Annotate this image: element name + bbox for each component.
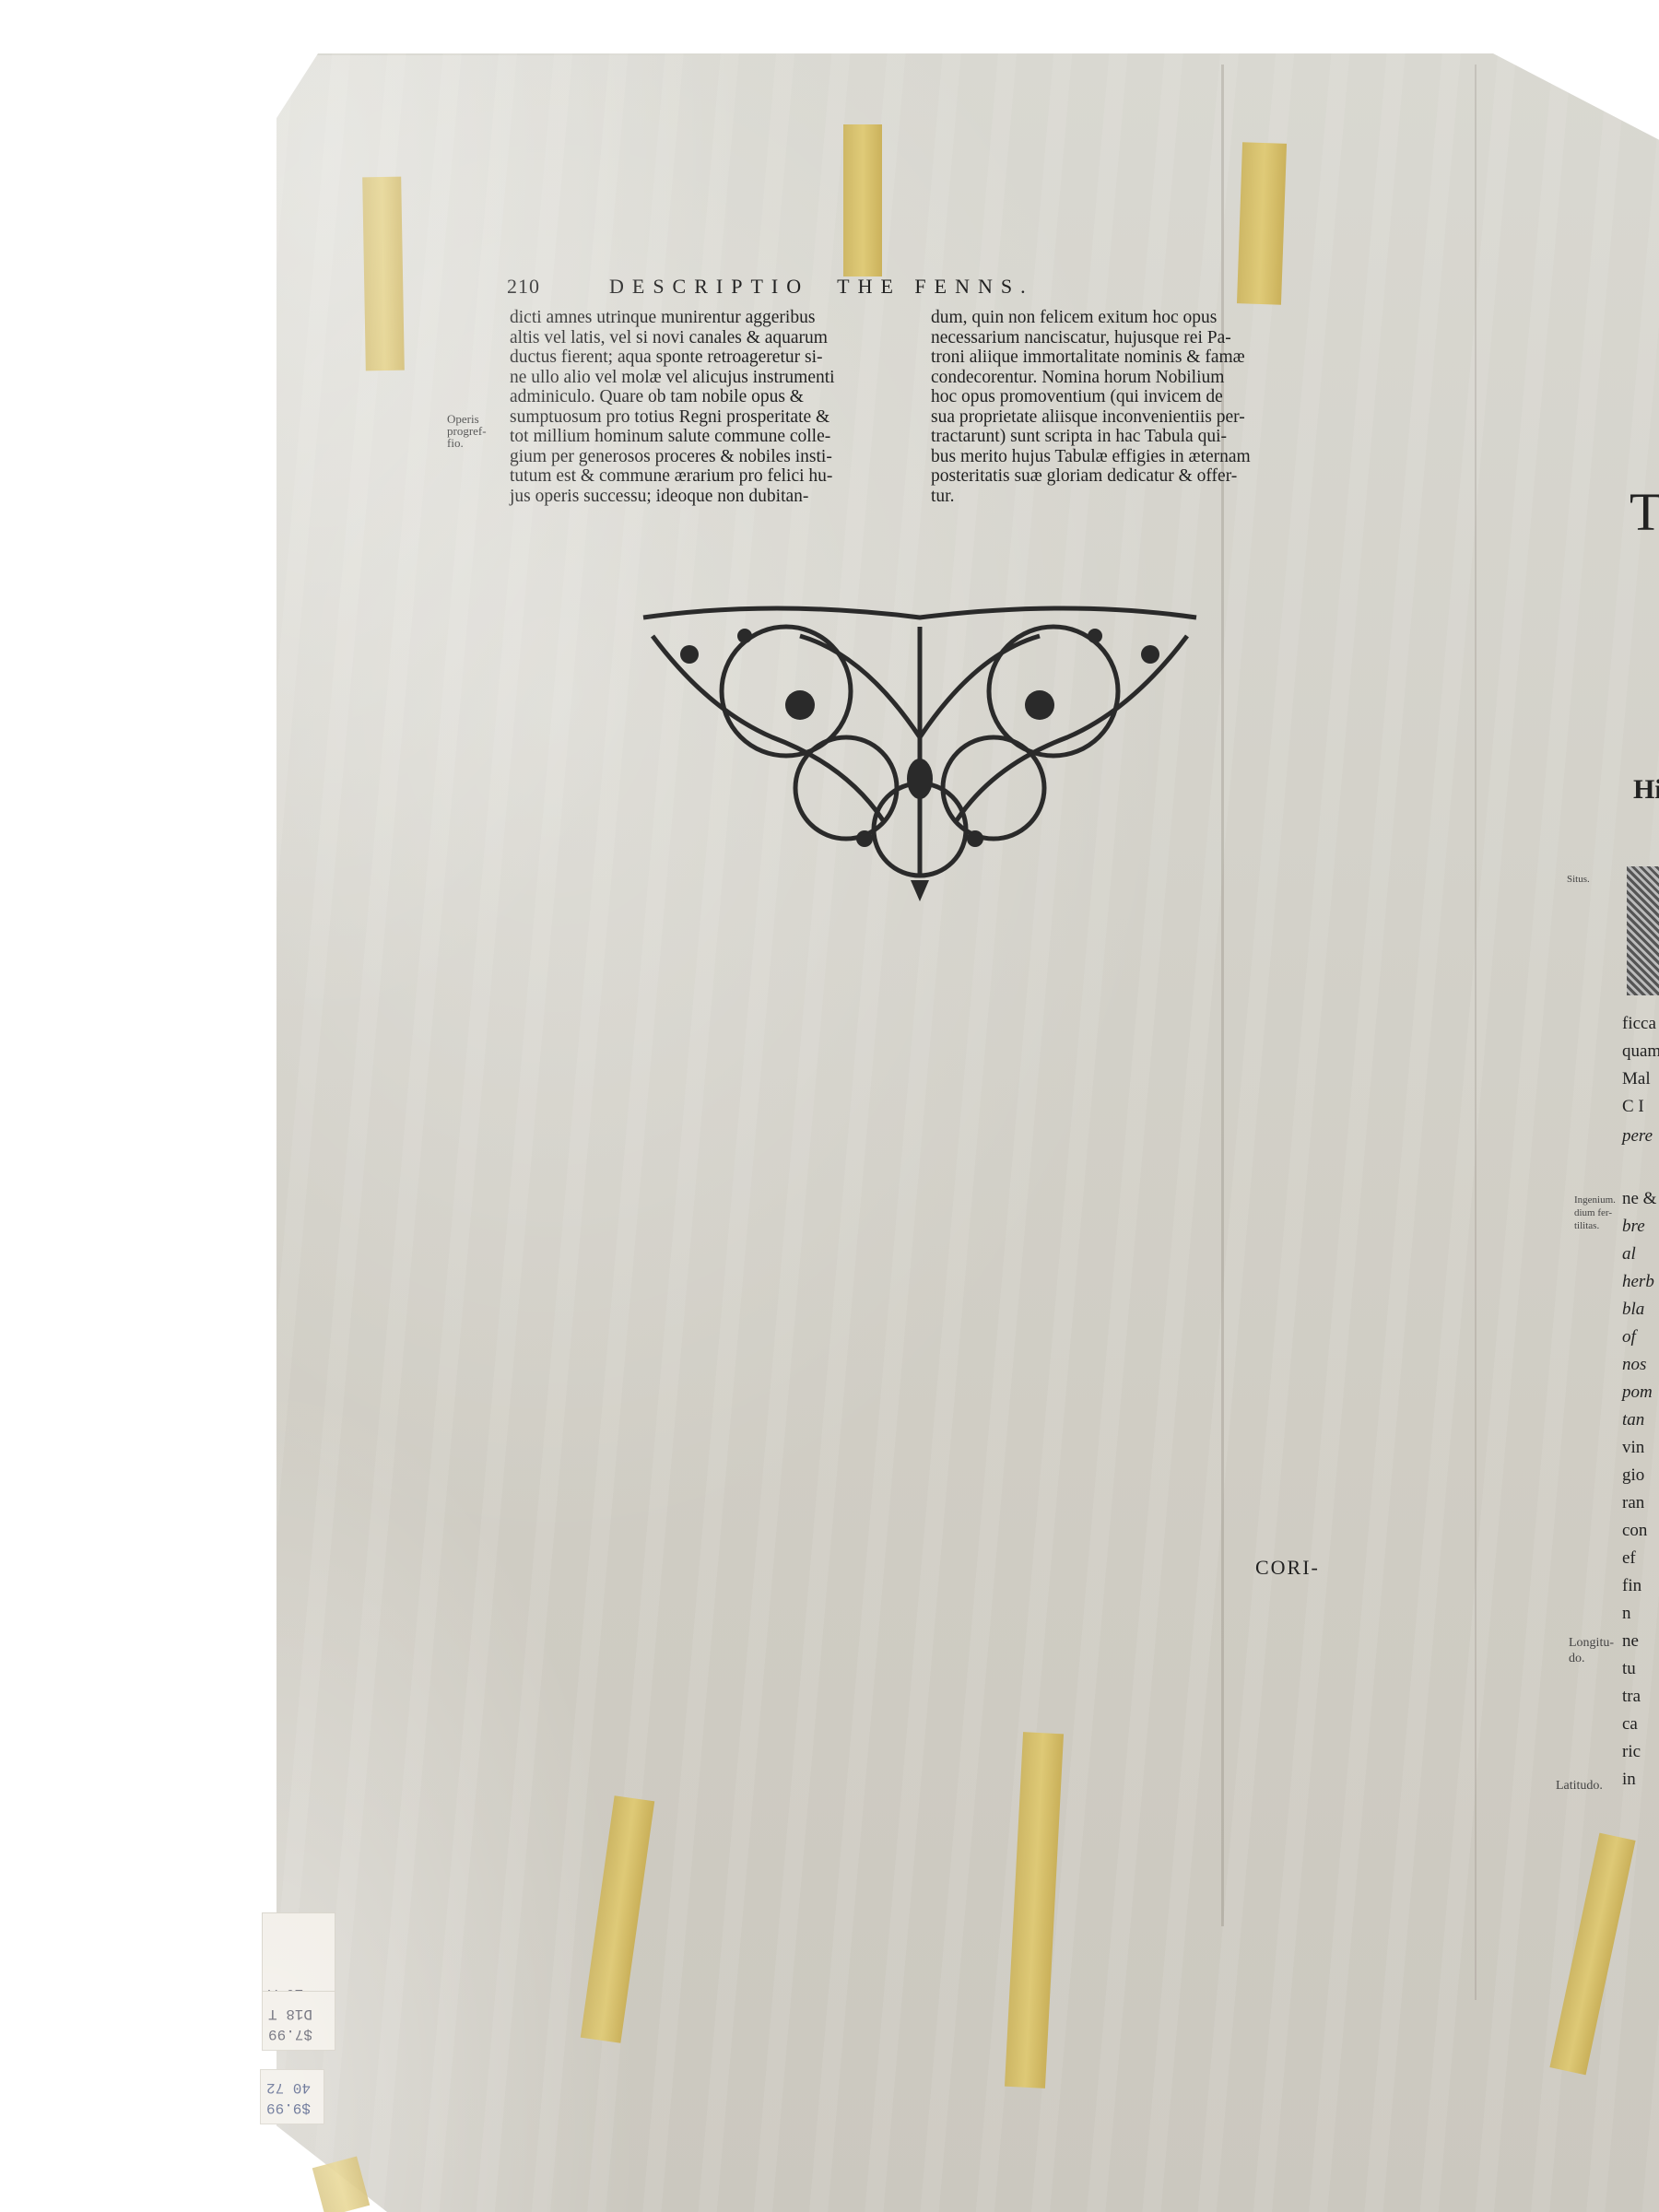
right-text-fragment: of xyxy=(1622,1327,1636,1347)
right-page-title-fragment: T xyxy=(1630,481,1659,543)
text-line: tot millium hominum salute commune colle… xyxy=(510,427,915,447)
right-text-fragment: pere xyxy=(1622,1126,1653,1147)
sticker-line: $9.99 xyxy=(266,2098,318,2118)
text-line: jus operis successu; ideoque non dubitan… xyxy=(510,487,915,507)
page-edge xyxy=(1475,65,1477,2000)
right-text-fragment: ran xyxy=(1622,1493,1644,1513)
right-text-fragment: al xyxy=(1622,1244,1636,1265)
text-line: tur. xyxy=(931,487,1350,507)
text-line: gium per generosos proceres & nobiles in… xyxy=(510,447,915,467)
right-sidenote: Latitudo. xyxy=(1556,1779,1603,1794)
text-line: condecorentur. Nomina horum Nobilium xyxy=(931,368,1350,388)
text-line: tutum est & commune ærarium pro felici h… xyxy=(510,466,915,487)
right-text-fragment: in xyxy=(1622,1770,1636,1790)
tape-strip xyxy=(843,124,882,276)
catchword: CORI- xyxy=(1255,1556,1320,1580)
text-line: troni aliique immortalitate nominis & fa… xyxy=(931,347,1350,368)
right-page-subtitle-fragment: Hi xyxy=(1633,774,1659,806)
right-text-fragment: ne xyxy=(1622,1631,1639,1652)
text-line: hoc opus promoventium (qui invicem de xyxy=(931,387,1350,407)
text-line: sumptuosum pro totius Regni prosperitate… xyxy=(510,407,915,428)
right-text-fragment: quam xyxy=(1622,1041,1659,1062)
right-sidenote: tilitas. xyxy=(1574,1220,1599,1231)
running-head-descriptio: DESCRIPTIO xyxy=(609,275,809,298)
text-line: ductus fierent; aqua sponte retroageretu… xyxy=(510,347,915,368)
right-text-fragment: gio xyxy=(1622,1465,1644,1486)
text-line: tractarunt) sunt scripta in hac Tabula q… xyxy=(931,427,1350,447)
right-text-fragment: ef xyxy=(1622,1548,1636,1569)
right-sidenote: Situs. xyxy=(1567,874,1590,885)
sticker-line: 40 72 xyxy=(266,2077,318,2098)
sidenote-line: fio. xyxy=(447,437,487,449)
text-line: dum, quin non felicem exitum hoc opus xyxy=(931,308,1350,328)
text-line: sua proprietate aliisque inconvenientiis… xyxy=(931,407,1350,428)
text-line: adminiculo. Quare ob tam nobile opus & xyxy=(510,387,915,407)
right-text-fragment: bre xyxy=(1622,1217,1645,1237)
right-text-fragment: bla xyxy=(1622,1300,1644,1320)
right-text-fragment: ne & xyxy=(1622,1189,1656,1209)
right-sidenote: dium fer- xyxy=(1574,1207,1612,1218)
page-number: 210 xyxy=(507,275,540,298)
sticker-line: $7.99 xyxy=(268,2024,329,2044)
right-text-fragment: ca xyxy=(1622,1714,1638,1735)
right-text-fragment: vin xyxy=(1622,1438,1644,1458)
right-text-fragment: nos xyxy=(1622,1355,1646,1375)
text-column-right: dum, quin non felicem exitum hoc opus ne… xyxy=(931,308,1350,506)
price-sticker: $9.99 40 72 xyxy=(260,2069,324,2124)
tape-strip xyxy=(362,177,405,371)
running-head: 210DESCRIPTIOTHE FENNS. xyxy=(507,275,1373,299)
text-column-left: dicti amnes utrinque munirentur aggeribu… xyxy=(510,308,915,506)
text-line: altis vel latis, vel si novi canales & a… xyxy=(510,328,915,348)
right-sidenote: do. xyxy=(1569,1652,1585,1666)
right-text-fragment: Mal xyxy=(1622,1069,1651,1089)
right-text-fragment: con xyxy=(1622,1521,1647,1541)
running-head-the-fenns: THE FENNS. xyxy=(837,275,1033,298)
right-text-fragment: pom xyxy=(1622,1382,1653,1403)
right-text-fragment: tra xyxy=(1622,1687,1641,1707)
sticker-line: D18 T xyxy=(268,2004,329,2024)
text-line: posteritatis suæ gloriam dedicatur & off… xyxy=(931,466,1350,487)
right-text-fragment: tu xyxy=(1622,1659,1636,1679)
right-sidenote: Ingenium. xyxy=(1574,1194,1616,1206)
right-sidenote: Longitu- xyxy=(1569,1636,1614,1651)
right-text-fragment: fin xyxy=(1622,1576,1641,1596)
price-sticker: $7.99 D18 T xyxy=(262,1991,335,2051)
right-text-fragment: C I xyxy=(1622,1097,1644,1117)
floral-tailpiece-ornament-icon xyxy=(634,599,1206,903)
right-text-fragment: herb xyxy=(1622,1272,1654,1292)
text-line: necessarium nanciscatur, hujusque rei Pa… xyxy=(931,328,1350,348)
right-text-fragment: ric xyxy=(1622,1742,1641,1762)
margin-note-operis-progressio: Operis progref- fio. xyxy=(447,413,487,449)
text-line: ne ullo alio vel molæ vel alicujus instr… xyxy=(510,368,915,388)
right-text-fragment: tan xyxy=(1622,1410,1644,1430)
right-text-fragment: n xyxy=(1622,1604,1631,1624)
text-line: bus merito hujus Tabulæ effigies in æter… xyxy=(931,447,1350,467)
decorated-initial-icon xyxy=(1627,866,1659,995)
right-text-fragment: ficca xyxy=(1622,1014,1656,1034)
text-line: dicti amnes utrinque munirentur aggeribu… xyxy=(510,308,915,328)
